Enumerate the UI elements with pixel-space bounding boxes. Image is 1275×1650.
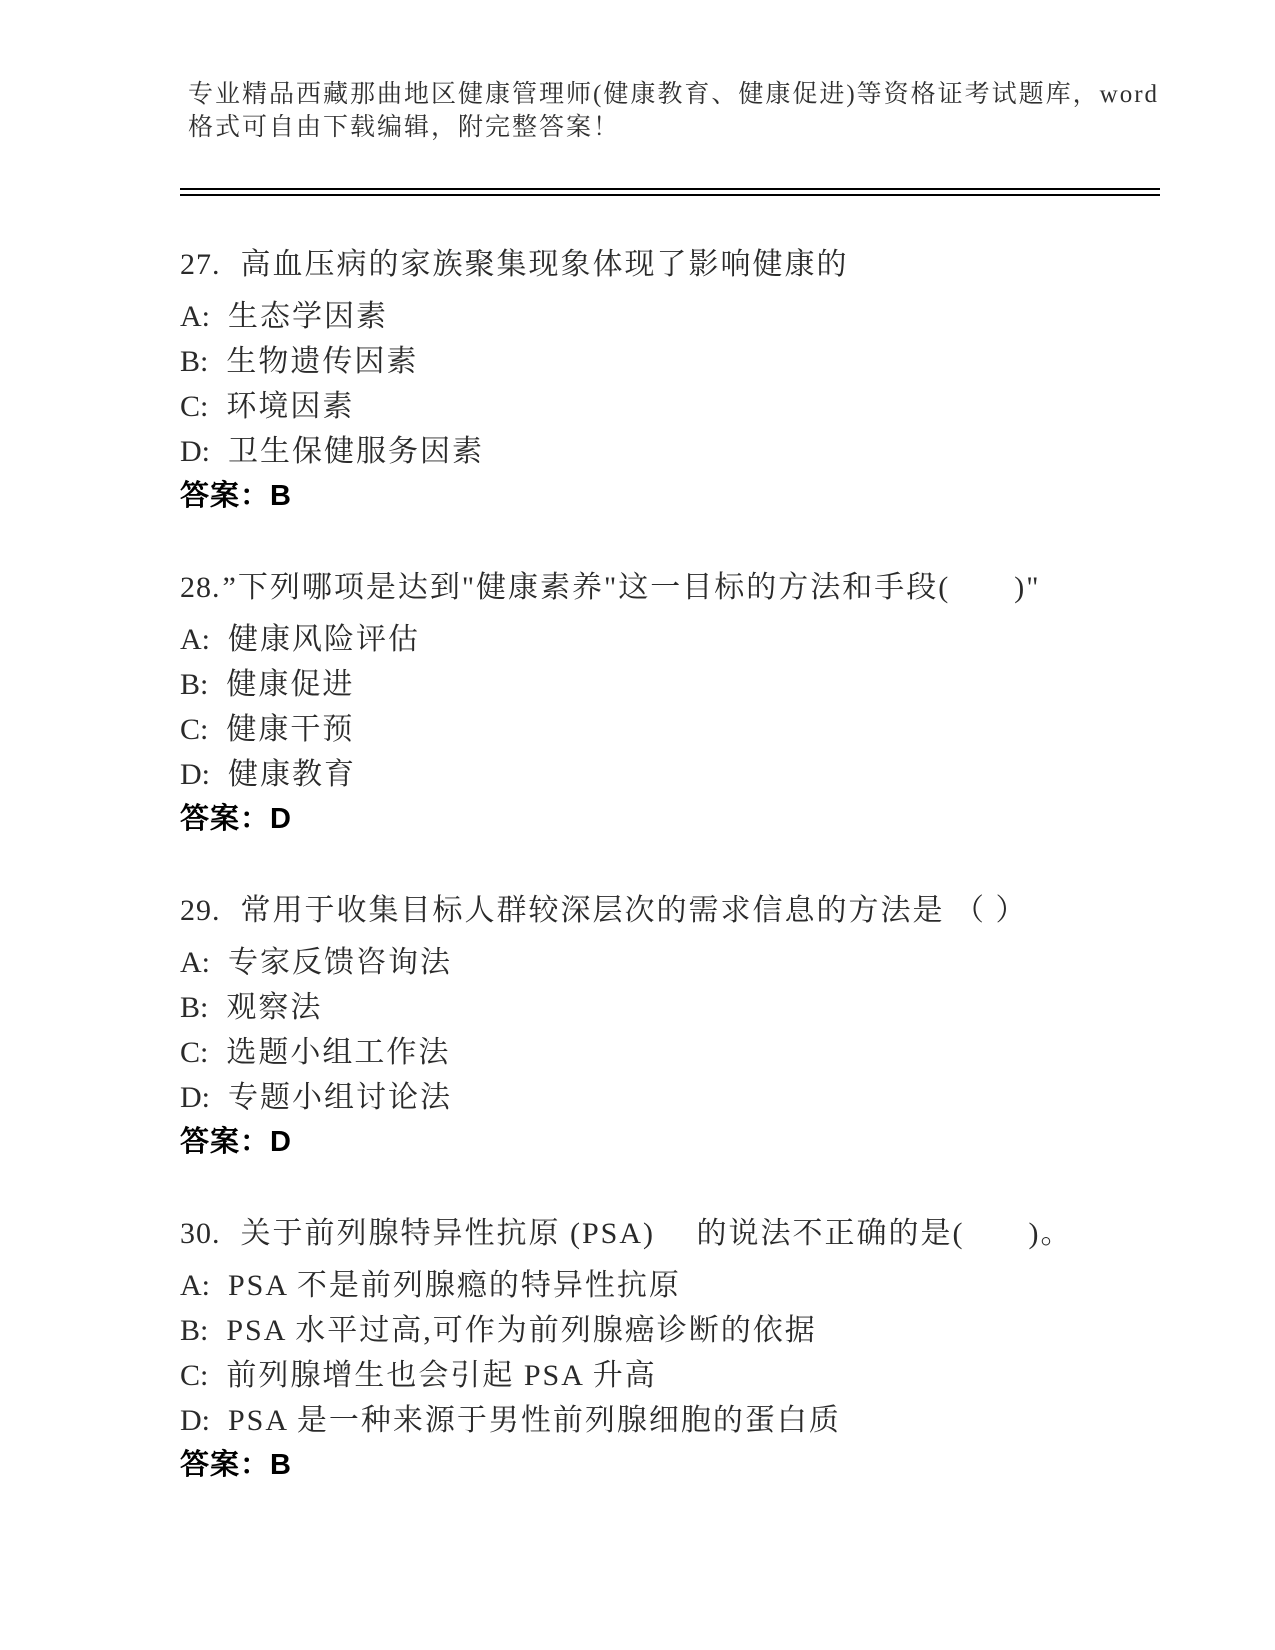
option-row: B:健康促进 — [180, 662, 1165, 707]
option-label: A: — [180, 617, 210, 662]
option-row: A:PSA 不是前列腺瘾的特异性抗原 — [180, 1263, 1165, 1308]
question-number: 29. — [180, 888, 221, 933]
answer-label: 答案： — [180, 480, 270, 512]
option-row: D:卫生保健服务因素 — [180, 429, 1165, 474]
option-label: A: — [180, 940, 210, 985]
option-text: 观察法 — [226, 991, 322, 1024]
answer-value: B — [270, 1449, 292, 1481]
option-text: 健康教育 — [228, 758, 356, 791]
option-text: 健康风险评估 — [228, 623, 420, 656]
option-text: 环境因素 — [226, 390, 354, 423]
option-label: A: — [180, 1263, 210, 1308]
question-text: 关于前列腺特异性抗原 (PSA) 的说法不正确的是( )。 — [241, 1217, 1073, 1250]
answer-line: 答案：D — [180, 1120, 1165, 1165]
question-block: 28.”下列哪项是达到"健康素养"这一目标的方法和手段( )"A:健康风险评估B… — [180, 565, 1165, 842]
question-text: 常用于收集目标人群较深层次的需求信息的方法是 （ ） — [241, 894, 1028, 927]
option-label: C: — [180, 384, 208, 429]
question-title: 28.”下列哪项是达到"健康素养"这一目标的方法和手段( )" — [180, 565, 1165, 610]
option-label: D: — [180, 429, 210, 474]
question-number: 27. — [180, 242, 221, 287]
document-content: 专业精品西藏那曲地区健康管理师(健康教育、健康促进)等资格证考试题库，word … — [180, 0, 1165, 1488]
question-title: 27.高血压病的家族聚集现象体现了影响健康的 — [180, 242, 1165, 287]
answer-line: 答案：B — [180, 1443, 1165, 1488]
option-row: A:健康风险评估 — [180, 617, 1165, 662]
option-label: D: — [180, 1398, 210, 1443]
header-line-1: 专业精品西藏那曲地区健康管理师(健康教育、健康促进)等资格证考试题库，word — [188, 78, 1165, 111]
option-row: B:PSA 水平过高,可作为前列腺癌诊断的依据 — [180, 1308, 1165, 1353]
document-header: 专业精品西藏那曲地区健康管理师(健康教育、健康促进)等资格证考试题库，word … — [180, 78, 1165, 144]
question-title: 29.常用于收集目标人群较深层次的需求信息的方法是 （ ） — [180, 888, 1165, 933]
option-row: D:专题小组讨论法 — [180, 1075, 1165, 1120]
option-row: D:健康教育 — [180, 752, 1165, 797]
option-row: A:生态学因素 — [180, 294, 1165, 339]
question-block: 27.高血压病的家族聚集现象体现了影响健康的A:生态学因素B:生物遗传因素C:环… — [180, 242, 1165, 519]
question-text: 高血压病的家族聚集现象体现了影响健康的 — [241, 248, 849, 281]
answer-label: 答案： — [180, 1126, 270, 1158]
question-block: 30.关于前列腺特异性抗原 (PSA) 的说法不正确的是( )。A:PSA 不是… — [180, 1211, 1165, 1488]
header-divider-rule — [180, 188, 1160, 196]
answer-label: 答案： — [180, 1449, 270, 1481]
option-text: PSA 不是前列腺瘾的特异性抗原 — [228, 1269, 681, 1302]
option-text: 健康干预 — [226, 713, 354, 746]
option-label: C: — [180, 1353, 208, 1398]
answer-value: D — [270, 803, 292, 835]
option-text: 生物遗传因素 — [226, 345, 418, 378]
option-row: B:生物遗传因素 — [180, 339, 1165, 384]
option-row: D:PSA 是一种来源于男性前列腺细胞的蛋白质 — [180, 1398, 1165, 1443]
option-label: C: — [180, 1030, 208, 1075]
answer-line: 答案：D — [180, 797, 1165, 842]
document-page: 专业精品西藏那曲地区健康管理师(健康教育、健康促进)等资格证考试题库，word … — [0, 0, 1275, 1650]
option-text: 前列腺增生也会引起 PSA 升高 — [226, 1359, 656, 1392]
question-list: 27.高血压病的家族聚集现象体现了影响健康的A:生态学因素B:生物遗传因素C:环… — [180, 242, 1165, 1488]
answer-label: 答案： — [180, 803, 270, 835]
question-number: 28. — [180, 565, 221, 610]
question-number: 30. — [180, 1211, 221, 1256]
answer-value: B — [270, 480, 292, 512]
answer-line: 答案：B — [180, 474, 1165, 519]
option-row: C:前列腺增生也会引起 PSA 升高 — [180, 1353, 1165, 1398]
question-title: 30.关于前列腺特异性抗原 (PSA) 的说法不正确的是( )。 — [180, 1211, 1165, 1256]
option-row: C:选题小组工作法 — [180, 1030, 1165, 1075]
option-text: 选题小组工作法 — [226, 1036, 450, 1069]
question-text: ”下列哪项是达到"健康素养"这一目标的方法和手段( )" — [223, 571, 1041, 604]
option-row: A:专家反馈咨询法 — [180, 940, 1165, 985]
option-row: C:环境因素 — [180, 384, 1165, 429]
option-row: B:观察法 — [180, 985, 1165, 1030]
option-label: D: — [180, 1075, 210, 1120]
option-text: 健康促进 — [226, 668, 354, 701]
option-text: PSA 水平过高,可作为前列腺癌诊断的依据 — [226, 1314, 816, 1347]
header-line-2: 格式可自由下载编辑，附完整答案！ — [188, 111, 1165, 144]
option-label: D: — [180, 752, 210, 797]
option-text: PSA 是一种来源于男性前列腺细胞的蛋白质 — [228, 1404, 841, 1437]
answer-value: D — [270, 1126, 292, 1158]
option-label: B: — [180, 339, 208, 384]
option-row: C:健康干预 — [180, 707, 1165, 752]
option-label: B: — [180, 985, 208, 1030]
option-label: B: — [180, 1308, 208, 1353]
option-text: 专家反馈咨询法 — [228, 946, 452, 979]
option-text: 生态学因素 — [228, 300, 388, 333]
option-label: C: — [180, 707, 208, 752]
option-text: 专题小组讨论法 — [228, 1081, 452, 1114]
option-text: 卫生保健服务因素 — [228, 435, 484, 468]
option-label: A: — [180, 294, 210, 339]
option-label: B: — [180, 662, 208, 707]
question-block: 29.常用于收集目标人群较深层次的需求信息的方法是 （ ）A:专家反馈咨询法B:… — [180, 888, 1165, 1165]
